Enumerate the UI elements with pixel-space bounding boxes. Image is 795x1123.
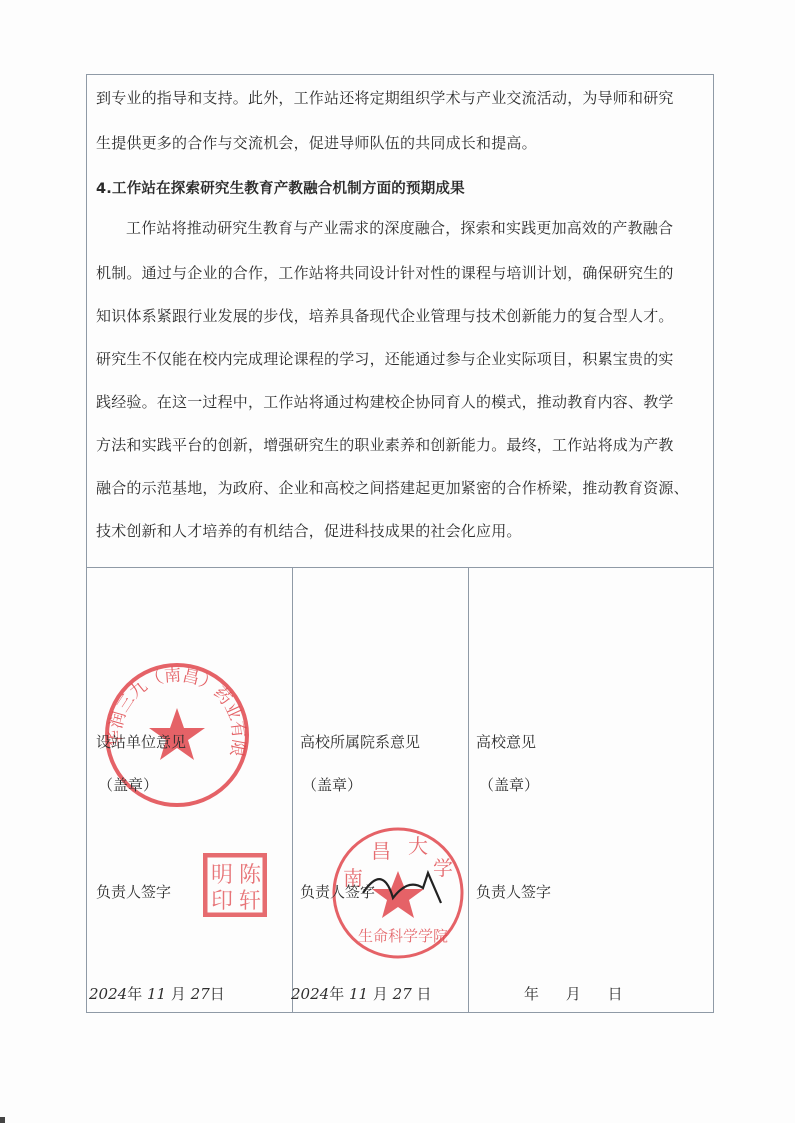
body-line: 到专业的指导和支持。此外，工作站还将定期组织学术与产业交流活动，为导师和研究 <box>96 87 674 108</box>
department-opinion-label: 高校所属院系意见 <box>300 731 420 752</box>
svg-text:轩: 轩 <box>239 889 261 914</box>
seal-label: （盖章） <box>479 774 539 795</box>
date-field: 2024年 11 月 27日 <box>89 983 225 1004</box>
signer-label: 负责人签字 <box>96 881 171 902</box>
svg-text:生命科学学院: 生命科学学院 <box>358 927 448 945</box>
section-line: 知识体系紧跟行业发展的步伐，培养具备现代企业管理与技术创新能力的复合型人才。 <box>96 305 674 326</box>
section-line: 工作站将推动研究生教育与产业需求的深度融合，探索和实践更加高效的产教融合 <box>126 217 673 238</box>
svg-text:陈: 陈 <box>239 863 262 888</box>
seal-label: （盖章） <box>98 774 158 795</box>
section-line: 践经验。在这一过程中，工作站将通过构建校企协同育人的模式，推动教育内容、教学 <box>96 391 674 412</box>
svg-text:明: 明 <box>211 863 233 888</box>
form-table: 到专业的指导和支持。此外，工作站还将定期组织学术与产业交流活动，为导师和研究 生… <box>86 74 714 1013</box>
document-page: 到专业的指导和支持。此外，工作站还将定期组织学术与产业交流活动，为导师和研究 生… <box>0 0 795 1123</box>
section-line: 研究生不仅能在校内完成理论课程的学习，还能通过参与企业实际项目，积累宝贵的实 <box>96 348 674 369</box>
svg-text:印: 印 <box>211 889 233 914</box>
svg-text:学: 学 <box>433 856 453 880</box>
date-field: 2024年 11 月 27 日 <box>291 983 432 1004</box>
scan-mark <box>0 1117 5 1123</box>
svg-text:大: 大 <box>408 834 428 858</box>
svg-text:昌: 昌 <box>371 839 391 863</box>
university-cell: 高校意见 （盖章） 负责人签字 年 月 日 <box>469 568 713 1012</box>
section-line: 融合的示范基地，为政府、企业和高校之间搭建起更加紧密的合作桥梁，推动教育资源、 <box>96 477 689 498</box>
section-heading: 4.工作站在探索研究生教育产教融合机制方面的预期成果 <box>96 177 465 198</box>
signer-label: 负责人签字 <box>300 881 375 902</box>
content-cell: 到专业的指导和支持。此外，工作站还将定期组织学术与产业交流活动，为导师和研究 生… <box>87 75 713 568</box>
section-line: 机制。通过与企业的合作，工作站将共同设计针对性的课程与培训计划，确保研究生的 <box>96 262 674 283</box>
section-line: 技术创新和人才培养的有机结合，促进科技成果的社会化应用。 <box>96 520 522 541</box>
body-line: 生提供更多的合作与交流机会，促进导师队伍的共同成长和提高。 <box>96 132 537 153</box>
date-field: 年 月 日 <box>524 983 623 1004</box>
host-unit-opinion-label: 设站单位意见 <box>96 731 186 752</box>
university-opinion-label: 高校意见 <box>476 731 536 752</box>
department-cell: 高校所属院系意见 （盖章） 南 昌 大 学 生命科学学院 负责人签字 2024年… <box>293 568 468 1012</box>
host-unit-cell: 华润三九（南昌）药业有限公司 设站单位意见 （盖章） 负责人签字 陈 明 轩 印… <box>87 568 292 1012</box>
seal-label: （盖章） <box>302 774 362 795</box>
section-line: 方法和实践平台的创新，增强研究生的职业素养和创新能力。最终，工作站将成为产教 <box>96 434 674 455</box>
signer-label: 负责人签字 <box>476 881 551 902</box>
name-seal-icon: 陈 明 轩 印 <box>203 853 267 917</box>
